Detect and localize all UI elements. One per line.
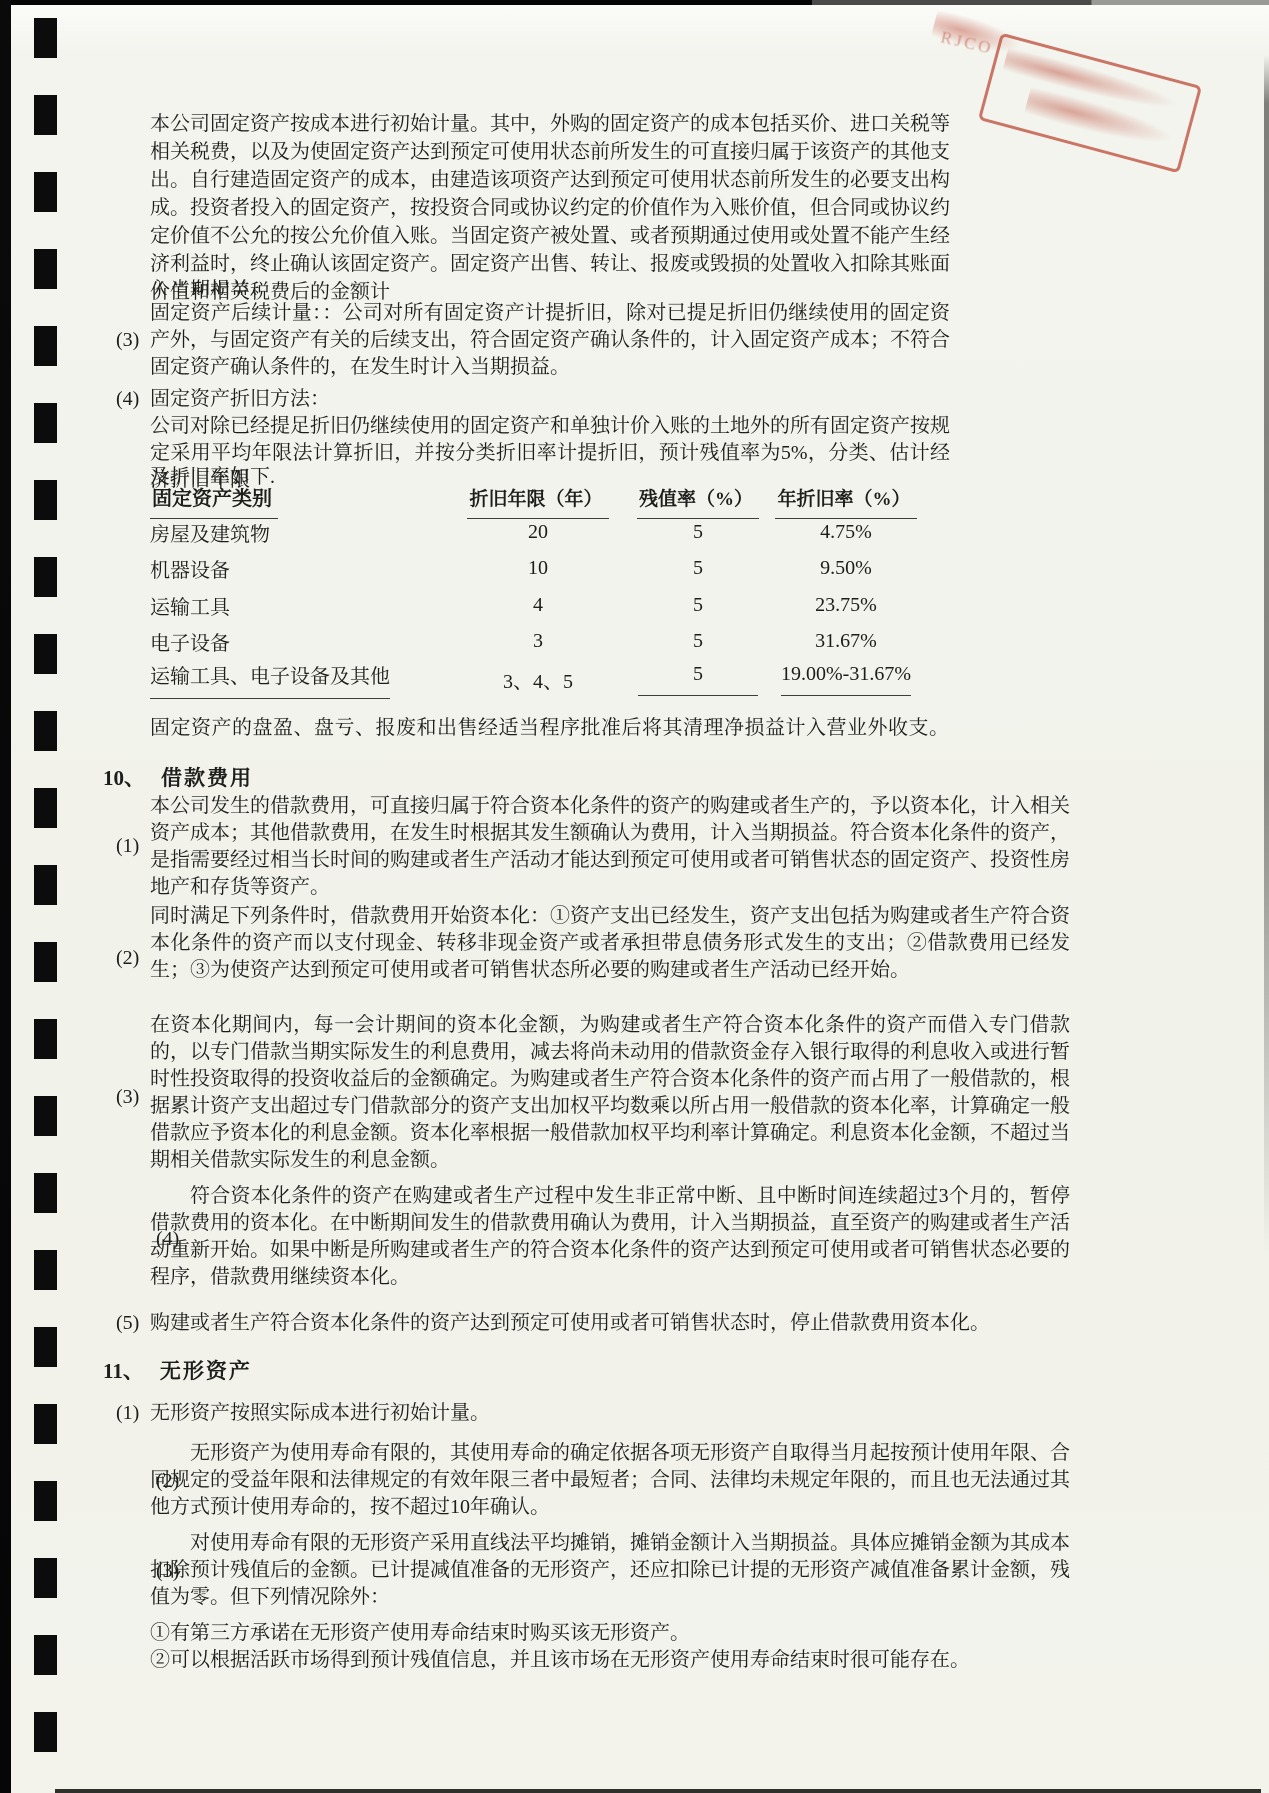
borrowing-item-1: (1) 本公司发生的借款费用，可直接归属于符合资本化条件的资产的购建或者生产的，… <box>150 793 1070 901</box>
table-cell: 运输工具、电子设备及其他 <box>150 660 442 699</box>
scan-edge-top <box>0 0 1269 5</box>
table-cell: 3 <box>442 630 634 653</box>
table-cell: 19.00%-31.67% <box>762 663 930 696</box>
item-marker: (5) <box>116 1310 139 1337</box>
red-stamp: RJCO <box>978 33 1202 174</box>
scan-edge-left <box>0 0 11 1793</box>
table-cell: 5 <box>634 557 762 580</box>
table-row: 机器设备 10 5 9.50% <box>150 551 930 588</box>
table-row: 运输工具、电子设备及其他 3、4、5 5 19.00%-31.67% <box>150 660 930 697</box>
table-row: 运输工具 4 5 23.75% <box>150 587 930 624</box>
item-marker: (2) <box>116 1468 179 1495</box>
table-cell: 9.50% <box>762 557 930 580</box>
intangible-exception-1: ①有第三方承诺在无形资产使用寿命结束时购买该无形资产。 <box>150 1620 1070 1647</box>
table-cell: 20 <box>442 521 634 544</box>
table-cell: 4.75% <box>762 521 930 544</box>
borrowing-item-3-text: 在资本化期间内，每一会计期间的资本化金额，为购建或者生产符合资本化条件的资产而借… <box>150 1014 1070 1171</box>
table-cell: 房屋及建筑物 <box>150 518 442 547</box>
table-cell: 5 <box>634 663 762 696</box>
table-cell: 5 <box>634 630 762 653</box>
table-cell: 电子设备 <box>150 627 442 656</box>
section-number: 11、 <box>103 1359 144 1383</box>
borrowing-item-5: (5) 购建或者生产符合资本化条件的资产达到预定可使用或者可销售状态时，停止借款… <box>150 1310 1070 1337</box>
paragraph-fixed-assets-initial: 本公司固定资产按成本进行初始计量。其中，外购的固定资产的成本包括买价、进口关税等… <box>150 110 950 306</box>
table-cell: 5 <box>634 594 762 617</box>
section-number: 10、 <box>103 766 145 790</box>
intangible-item-1: (1) 无形资产按照实际成本进行初始计量。 <box>150 1400 1070 1427</box>
depreciation-table-header-row: 固定资产类别 折旧年限（年） 残值率（%） 年折旧率（%） <box>150 482 930 514</box>
intangible-item-2-text: 无形资产为使用寿命有限的，其使用寿命的确定依据各项无形资产自取得当月起按预计使用… <box>150 1442 1070 1518</box>
table-row: 房屋及建筑物 20 5 4.75% <box>150 514 930 551</box>
intangible-item-3: (3) 对使用寿命有限的无形资产采用直线法平均摊销，摊销金额计入当期损益。具体应… <box>150 1530 1070 1611</box>
document-page: RJCO 本公司固定资产按成本进行初始计量。其中，外购的固定资产的成本包括买价、… <box>0 0 1269 1793</box>
borrowing-item-1-text: 本公司发生的借款费用，可直接归属于符合资本化条件的资产的购建或者生产的，予以资本… <box>150 795 1070 898</box>
fixed-assets-note: 固定资产的盘盈、盘亏、报废和出售经适当程序批准后将其清理净损益计入营业外收支。 <box>150 714 1010 742</box>
item-marker: (3) <box>116 1084 139 1111</box>
table-cell: 10 <box>442 557 634 580</box>
table-header-cell: 年折旧率（%） <box>762 484 930 519</box>
binding-holes <box>34 18 57 1778</box>
fixed-assets-item-3-text: 固定资产后续计量：：公司对所有固定资产计提折旧，除对已提足折旧仍继续使用的固定资… <box>150 302 950 378</box>
table-cell: 23.75% <box>762 594 930 617</box>
scan-edge-bottom <box>55 1789 1261 1793</box>
section-title: 无形资产 <box>160 1359 252 1383</box>
table-cell: 机器设备 <box>150 554 442 583</box>
table-cell: 4 <box>442 594 634 617</box>
item-marker: (2) <box>116 945 139 972</box>
scan-edge-right <box>1264 55 1269 1255</box>
table-header-cell: 固定资产类别 <box>150 482 442 519</box>
section-title: 借款费用 <box>161 766 253 790</box>
item-marker: (3) <box>116 1558 179 1585</box>
borrowing-item-4: (4) 符合资本化条件的资产在购建或者生产过程中发生非正常中断、且中断时间连续超… <box>150 1183 1070 1291</box>
table-row: 电子设备 3 5 31.67% <box>150 624 930 661</box>
section-11-heading: 11、无形资产 <box>103 1355 252 1385</box>
table-cell: 5 <box>634 521 762 544</box>
table-cell: 31.67% <box>762 630 930 653</box>
intangible-item-2: (2) 无形资产为使用寿命有限的，其使用寿命的确定依据各项无形资产自取得当月起按… <box>150 1440 1070 1521</box>
fixed-assets-item-3: (3) 固定资产后续计量：：公司对所有固定资产计提折旧，除对已提足折旧仍继续使用… <box>150 300 950 381</box>
item-marker: (1) <box>116 833 139 860</box>
borrowing-item-2: (2) 同时满足下列条件时，借款费用开始资本化：①资产支出已经发生，资产支出包括… <box>150 903 1070 984</box>
paragraph-fixed-assets-initial-clipped-line: 入当期损益。 <box>150 278 950 295</box>
fixed-assets-item-4-title: 固定资产折旧方法： <box>150 388 330 410</box>
table-header-cell: 折旧年限（年） <box>442 484 634 519</box>
depreciation-table: 固定资产类别 折旧年限（年） 残值率（%） 年折旧率（%） 房屋及建筑物 20 … <box>150 482 930 697</box>
intangible-exception-2: ②可以根据活跃市场得到预计残值信息，并且该市场在无形资产使用寿命结束时很可能存在… <box>150 1647 1070 1674</box>
borrowing-item-4-text: 符合资本化条件的资产在购建或者生产过程中发生非正常中断、且中断时间连续超过3个月… <box>150 1185 1070 1288</box>
table-cell: 运输工具 <box>150 591 442 620</box>
borrowing-item-2-text: 同时满足下列条件时，借款费用开始资本化：①资产支出已经发生，资产支出包括为购建或… <box>150 905 1070 981</box>
depreciation-table-body: 房屋及建筑物 20 5 4.75% 机器设备 10 5 9.50% 运输工具 4… <box>150 514 930 697</box>
item-marker: (3) <box>116 327 139 354</box>
section-10-heading: 10、借款费用 <box>103 762 253 792</box>
intangible-item-3-text: 对使用寿命有限的无形资产采用直线法平均摊销，摊销金额计入当期损益。具体应摊销金额… <box>150 1532 1070 1608</box>
table-header-cell: 残值率（%） <box>634 484 762 519</box>
item-marker: (4) <box>116 385 139 413</box>
intangible-item-1-text: 无形资产按照实际成本进行初始计量。 <box>150 1402 490 1424</box>
borrowing-item-3: (3) 在资本化期间内，每一会计期间的资本化金额，为购建或者生产符合资本化条件的… <box>150 1012 1070 1174</box>
fixed-assets-item-4-heading: (4) 固定资产折旧方法： <box>150 385 950 413</box>
item-marker: (4) <box>116 1226 179 1253</box>
item-marker: (1) <box>116 1400 139 1427</box>
borrowing-item-5-text: 购建或者生产符合资本化条件的资产达到预定可使用或者可销售状态时，停止借款费用资本… <box>150 1312 990 1334</box>
table-cell: 3、4、5 <box>442 665 634 694</box>
